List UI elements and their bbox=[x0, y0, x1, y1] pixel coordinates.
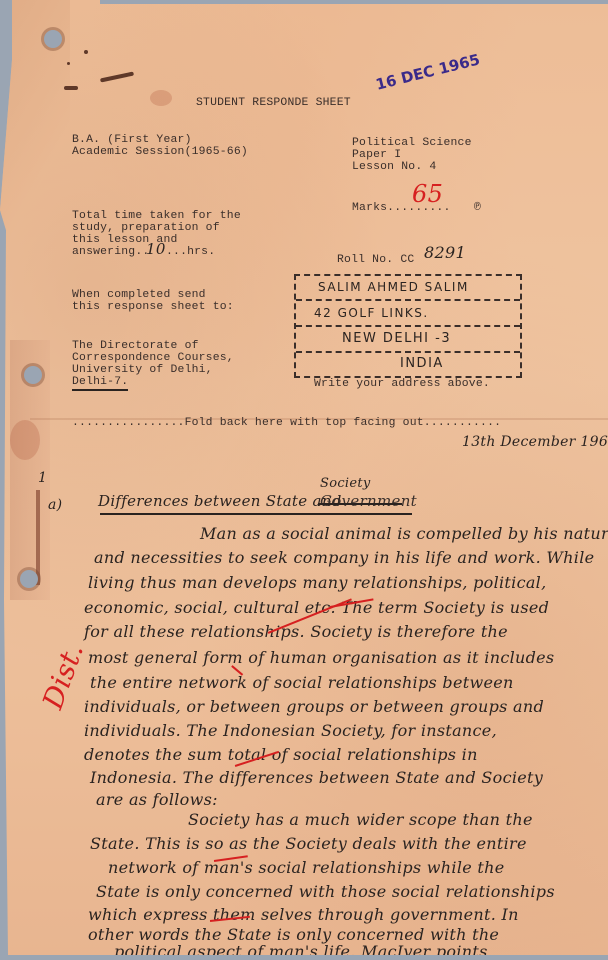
lesson-number: Lesson No. 4 bbox=[352, 161, 436, 173]
answer-line-6: most general form of human organisation … bbox=[88, 648, 554, 667]
recipient-line-1: The Directorate of bbox=[72, 340, 199, 352]
recipient-line-4: Delhi-7. bbox=[72, 376, 128, 388]
burn-mark bbox=[100, 72, 134, 83]
punch-hole-top bbox=[44, 30, 62, 48]
time-taken-value: 10 bbox=[146, 240, 166, 258]
heading-insert: Society bbox=[320, 476, 371, 491]
send-instructions-1: When completed send bbox=[72, 289, 206, 301]
answer-line-10: denotes the sum total of social relation… bbox=[84, 745, 478, 764]
address-street: 42 GOLF LINKS. bbox=[314, 306, 429, 320]
address-city: NEW DELHI -3 bbox=[342, 331, 451, 346]
response-sheet-page: STUDENT RESPONDE SHEET 16 DEC 1965 B.A. … bbox=[0, 0, 608, 960]
address-country: INDIA bbox=[400, 356, 444, 371]
paper-number: Paper I bbox=[352, 149, 401, 161]
burn-mark bbox=[64, 86, 78, 90]
date-stamp: 16 DEC 1965 bbox=[374, 50, 482, 93]
recipient-line-2: Correspondence Courses, bbox=[72, 352, 234, 364]
answer-line-12: are as follows: bbox=[96, 790, 218, 809]
address-caption: Write your address above. bbox=[314, 378, 490, 390]
address-divider bbox=[296, 325, 520, 327]
address-box: SALIM AHMED SALIM 42 GOLF LINKS. NEW DEL… bbox=[294, 274, 522, 378]
answer-line-16: State is only concerned with those socia… bbox=[96, 882, 555, 901]
answer-line-15: network of man's social relationships wh… bbox=[108, 858, 505, 877]
rust-stain bbox=[10, 420, 40, 460]
heading-struck-word: Government bbox=[320, 492, 417, 510]
course-year: B.A. (First Year) bbox=[72, 134, 192, 146]
fold-instruction: ................Fold back here with top … bbox=[72, 417, 501, 429]
time-taken-suffix: ...hrs. bbox=[166, 246, 215, 258]
sheet-title: STUDENT RESPONDE SHEET bbox=[196, 97, 351, 109]
answer-line-1: Man as a social animal is compelled by h… bbox=[200, 524, 608, 543]
time-taken-label-1: Total time taken for the bbox=[72, 210, 241, 222]
answer-line-9: individuals. The Indonesian Society, for… bbox=[84, 721, 497, 740]
marks-initial: ℗ bbox=[474, 202, 481, 214]
handwritten-date: 13th December 1965 bbox=[462, 434, 608, 450]
answer-line-4: economic, social, cultural etc. The term… bbox=[84, 598, 549, 617]
time-taken-label-2: study, preparation of bbox=[72, 222, 220, 234]
punch-hole-middle bbox=[24, 366, 42, 384]
address-divider bbox=[296, 299, 520, 301]
answer-line-19: political aspect of man's life. MacIver … bbox=[114, 942, 488, 960]
strike-through bbox=[318, 503, 402, 505]
margin-question-number: 1 bbox=[38, 470, 47, 486]
ink-dot bbox=[67, 62, 70, 65]
subject-name: Political Science bbox=[352, 137, 472, 149]
send-instructions-2: this response sheet to: bbox=[72, 301, 234, 313]
roll-number-label: Roll No. CC bbox=[337, 254, 414, 266]
ink-dot bbox=[84, 50, 88, 54]
answer-heading: Differences between State and bbox=[98, 492, 342, 510]
punch-hole-bottom bbox=[20, 570, 38, 588]
margin-grade-annotation: Dist. bbox=[36, 639, 90, 714]
answer-line-7: the entire network of social relationshi… bbox=[90, 673, 514, 692]
address-divider bbox=[296, 351, 520, 353]
answer-line-17: which express them selves through govern… bbox=[88, 905, 519, 924]
academic-session: Academic Session(1965-66) bbox=[72, 146, 248, 158]
recipient-line-3: University of Delhi, bbox=[72, 364, 213, 376]
answer-line-2: and necessities to seek company in his l… bbox=[94, 548, 594, 567]
answer-line-11: Indonesia. The differences between State… bbox=[90, 768, 543, 787]
answer-line-8: individuals, or between groups or betwee… bbox=[84, 697, 544, 716]
heading-underline bbox=[100, 513, 412, 515]
roll-number-value: 8291 bbox=[424, 243, 466, 262]
answer-line-14: State. This is so as the Society deals w… bbox=[90, 834, 527, 853]
time-taken-prefix: answering.. bbox=[72, 246, 149, 258]
answer-line-5: for all these relationships. Society is … bbox=[84, 622, 508, 641]
answer-line-13: Society has a much wider scope than the bbox=[188, 810, 533, 829]
answer-line-3: living thus man develops many relationsh… bbox=[88, 573, 546, 592]
question-label: a) bbox=[48, 497, 62, 513]
marks-value: 65 bbox=[412, 180, 443, 208]
address-name: SALIM AHMED SALIM bbox=[318, 280, 469, 294]
rust-stain bbox=[150, 90, 172, 106]
binder-stain bbox=[36, 490, 40, 585]
recipient-underline bbox=[72, 389, 128, 391]
